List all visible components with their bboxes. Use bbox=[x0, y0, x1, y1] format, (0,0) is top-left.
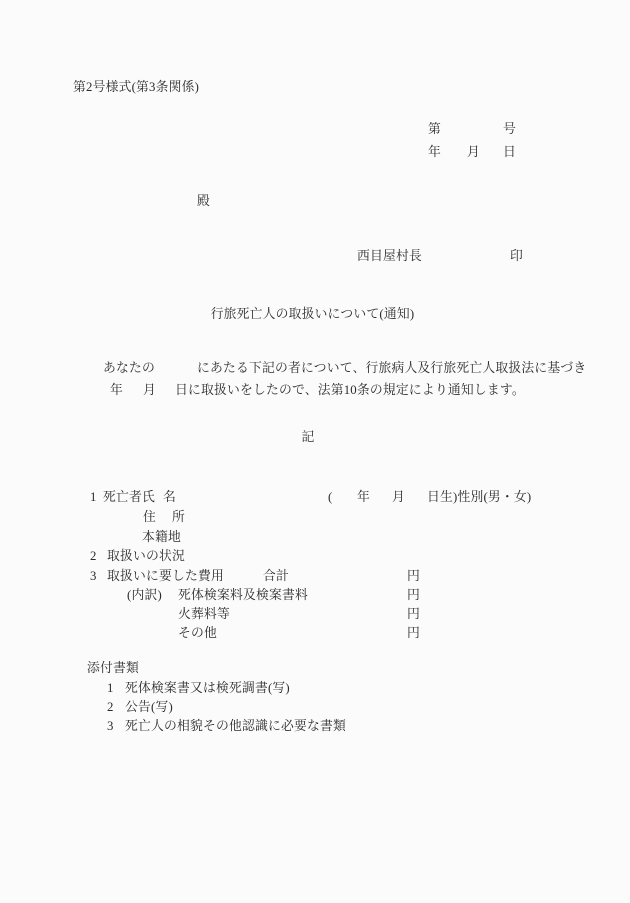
item2-label: 取扱いの状況 bbox=[107, 549, 185, 564]
date-year-label: 年 bbox=[428, 145, 441, 160]
date-month-label: 月 bbox=[467, 145, 480, 160]
breakdown-row-other-unit: 円 bbox=[407, 626, 420, 641]
document-page: 第2号様式(第3条関係) 第 号 年 月 日 殿 西目屋村長 印 行旅死亡人の取… bbox=[0, 0, 630, 903]
item1-address-label-part2: 所 bbox=[172, 510, 185, 525]
item1-birth-sex-label: 日生)性別(男・女) bbox=[427, 490, 531, 505]
sender-title: 西目屋村長 bbox=[357, 249, 422, 264]
item1-name-label-part1: 死亡者氏 bbox=[103, 490, 155, 505]
item1-address-label-part1: 住 bbox=[143, 510, 156, 525]
attachments-heading: 添付書類 bbox=[87, 661, 139, 676]
attachment-3-number: 3 bbox=[107, 719, 114, 734]
item1-birth-month-label: 月 bbox=[392, 490, 405, 505]
breakdown-row-cremation-unit: 円 bbox=[407, 607, 420, 622]
item3-number: 3 bbox=[90, 569, 97, 584]
attachment-3-text: 死亡人の相貌その他認識に必要な書類 bbox=[125, 719, 346, 734]
item1-number: 1 bbox=[90, 490, 97, 505]
body-line1-lead: あなたの bbox=[103, 361, 155, 376]
attachment-2-number: 2 bbox=[107, 700, 114, 715]
body-line1-rest: にあたる下記の者について、行旅病人及行旅死亡人取扱法に基づき bbox=[197, 361, 586, 376]
record-marker: 記 bbox=[0, 430, 616, 445]
body-line2-month: 月 bbox=[143, 383, 156, 398]
body-line2-rest: 日に取扱いをしたので、法第10条の規定により通知します。 bbox=[175, 383, 525, 398]
item1-birth-year-label: 年 bbox=[357, 490, 370, 505]
doc-number-prefix: 第 bbox=[428, 122, 441, 137]
item3-total-unit: 円 bbox=[407, 569, 420, 584]
item1-birth-paren-open: ( bbox=[328, 490, 332, 505]
subject-title: 行旅死亡人の取扱いについて(通知) bbox=[0, 307, 625, 322]
form-style-label: 第2号様式(第3条関係) bbox=[73, 80, 199, 95]
date-day-label: 日 bbox=[503, 145, 516, 160]
item2-number: 2 bbox=[90, 549, 97, 564]
item3-total-label: 合計 bbox=[263, 569, 289, 584]
doc-number-suffix: 号 bbox=[503, 122, 516, 137]
addressee-honorific: 殿 bbox=[197, 194, 210, 209]
breakdown-row-other-label: その他 bbox=[178, 626, 217, 641]
item1-name-label-part2: 名 bbox=[163, 490, 176, 505]
item3-breakdown-label: (内訳) bbox=[127, 588, 162, 603]
sender-seal-mark: 印 bbox=[510, 249, 523, 264]
breakdown-row-exam-fee-unit: 円 bbox=[407, 588, 420, 603]
attachment-1-text: 死体検案書又は検死調書(写) bbox=[125, 681, 290, 696]
breakdown-row-exam-fee-label: 死体検案料及検案書料 bbox=[178, 588, 308, 603]
item1-domicile-label: 本籍地 bbox=[142, 530, 181, 545]
breakdown-row-cremation-label: 火葬料等 bbox=[178, 607, 230, 622]
body-line2-year: 年 bbox=[110, 383, 123, 398]
attachment-2-text: 公告(写) bbox=[125, 700, 173, 715]
item3-label: 取扱いに要した費用 bbox=[107, 569, 224, 584]
attachment-1-number: 1 bbox=[107, 681, 114, 696]
